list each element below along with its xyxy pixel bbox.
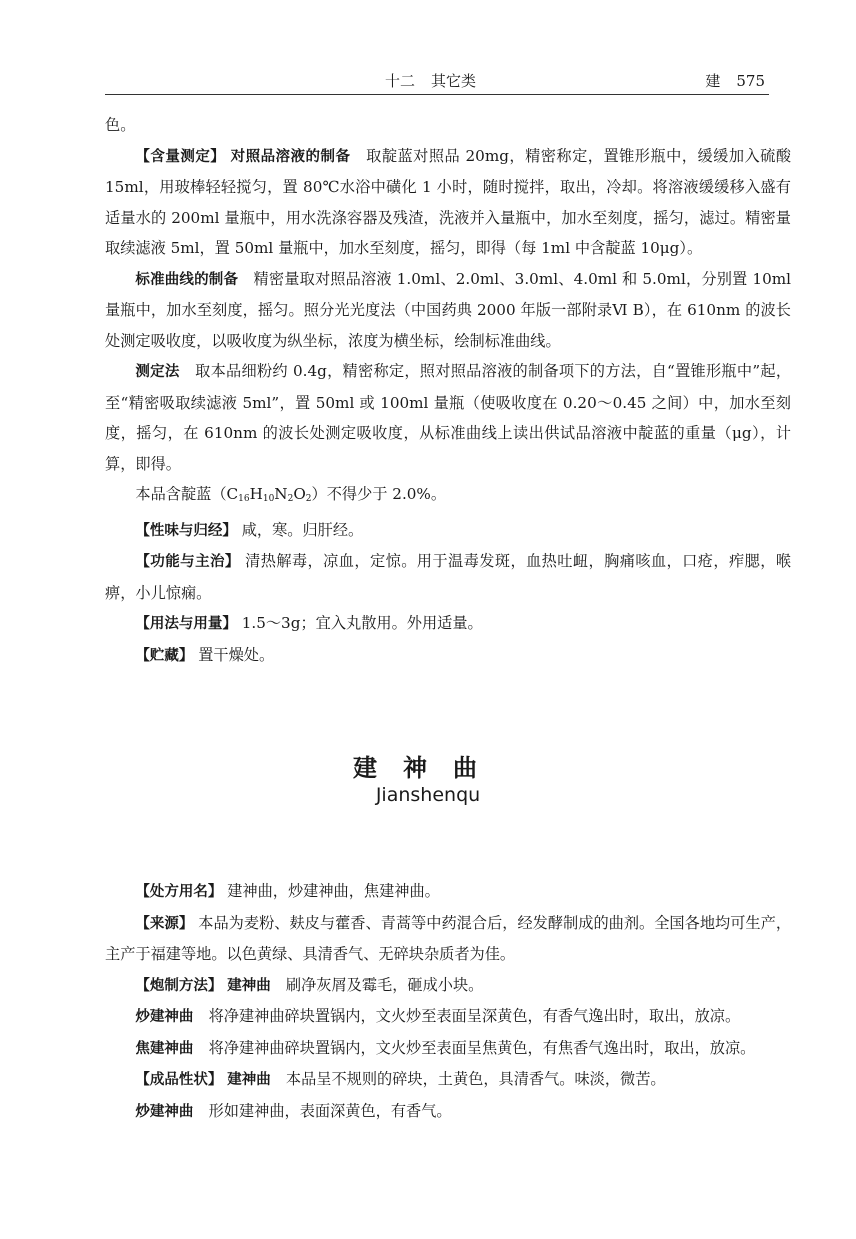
- traits-stir-fried: 炒建神曲 形如建神曲，表面深黄色，有香气。: [105, 1096, 791, 1128]
- page-info: 建575: [689, 70, 765, 91]
- method-text: 取本品细粉约 0.4g，精密称定，照对照品溶液的制备项下的方法，自“置锥形瓶中”…: [105, 362, 791, 473]
- source-paragraph: 【来源】 本品为麦粉、麸皮与藿香、青蒿等中药混合后，经发酵制成的曲剂。全国各地均…: [105, 908, 791, 970]
- std-curve-label: 标准曲线的制备: [135, 272, 238, 288]
- chapter-heading: 十二其它类: [385, 70, 492, 91]
- index-char: 建: [705, 72, 720, 90]
- content-requirement: 本品含靛蓝（C16H10N2O2）不得少于 2.0%。: [105, 479, 791, 515]
- method-label: 测定法: [135, 364, 179, 380]
- storage-paragraph: 【贮藏】 置干燥处。: [105, 640, 791, 672]
- entry-jianshenqu: 【处方用名】 建神曲，炒建神曲，焦建神曲。 【来源】 本品为麦粉、麸皮与藿香、青…: [105, 876, 791, 1127]
- entry-pinyin: Jianshenqu: [0, 784, 856, 806]
- processing-charred: 焦建神曲 将净建神曲碎块置锅内，文火炒至表面呈焦黄色，有焦香气逸出时，取出，放凉…: [105, 1033, 791, 1065]
- entry-qingdai-continuation: 色。 【含量测定】 对照品溶液的制备 取靛蓝对照品 20mg，精密称定，置锥形瓶…: [105, 110, 791, 671]
- entry-title: 建神曲: [0, 748, 856, 783]
- function-label: 【功能与主治】: [135, 554, 239, 570]
- page-number: 575: [736, 72, 765, 90]
- assay-label: 【含量测定】: [135, 149, 225, 165]
- rx-paragraph: 【处方用名】 建神曲，炒建神曲，焦建神曲。: [105, 876, 791, 908]
- processing-stir-fried: 炒建神曲 将净建神曲碎块置锅内，文火炒至表面呈深黄色，有香气逸出时，取出，放凉。: [105, 1001, 791, 1033]
- traits-paragraph: 【成品性状】 建神曲 本品呈不规则的碎块，土黄色，具清香气。味淡，微苦。: [105, 1064, 791, 1096]
- processing-paragraph: 【炮制方法】 建神曲 刷净灰屑及霉毛，砸成小块。: [105, 970, 791, 1002]
- ref-prep-label: 对照品溶液的制备: [231, 149, 351, 165]
- continuation-text: 色。: [105, 110, 791, 141]
- assay-paragraph: 【含量测定】 对照品溶液的制备 取靛蓝对照品 20mg，精密称定，置锥形瓶中，缓…: [105, 141, 791, 264]
- nature-paragraph: 【性味与归经】 咸，寒。归肝经。: [105, 515, 791, 547]
- running-header: 十二其它类 建575: [105, 66, 769, 95]
- chapter-number: 十二: [385, 72, 415, 90]
- chapter-title: 其它类: [431, 72, 476, 90]
- method-paragraph: 测定法 取本品细粉约 0.4g，精密称定，照对照品溶液的制备项下的方法，自“置锥…: [105, 356, 791, 479]
- std-curve-paragraph: 标准曲线的制备 精密量取对照品溶液 1.0ml、2.0ml、3.0ml、4.0m…: [105, 264, 791, 357]
- usage-paragraph: 【用法与用量】 1.5～3g；宜入丸散用。外用适量。: [105, 608, 791, 640]
- function-paragraph: 【功能与主治】 清热解毒，凉血，定惊。用于温毒发斑，血热吐衄，胸痛咳血，口疮，痄…: [105, 546, 791, 608]
- usage-label: 【用法与用量】: [135, 616, 237, 632]
- nature-label: 【性味与归经】: [135, 523, 237, 539]
- storage-label: 【贮藏】: [135, 648, 193, 664]
